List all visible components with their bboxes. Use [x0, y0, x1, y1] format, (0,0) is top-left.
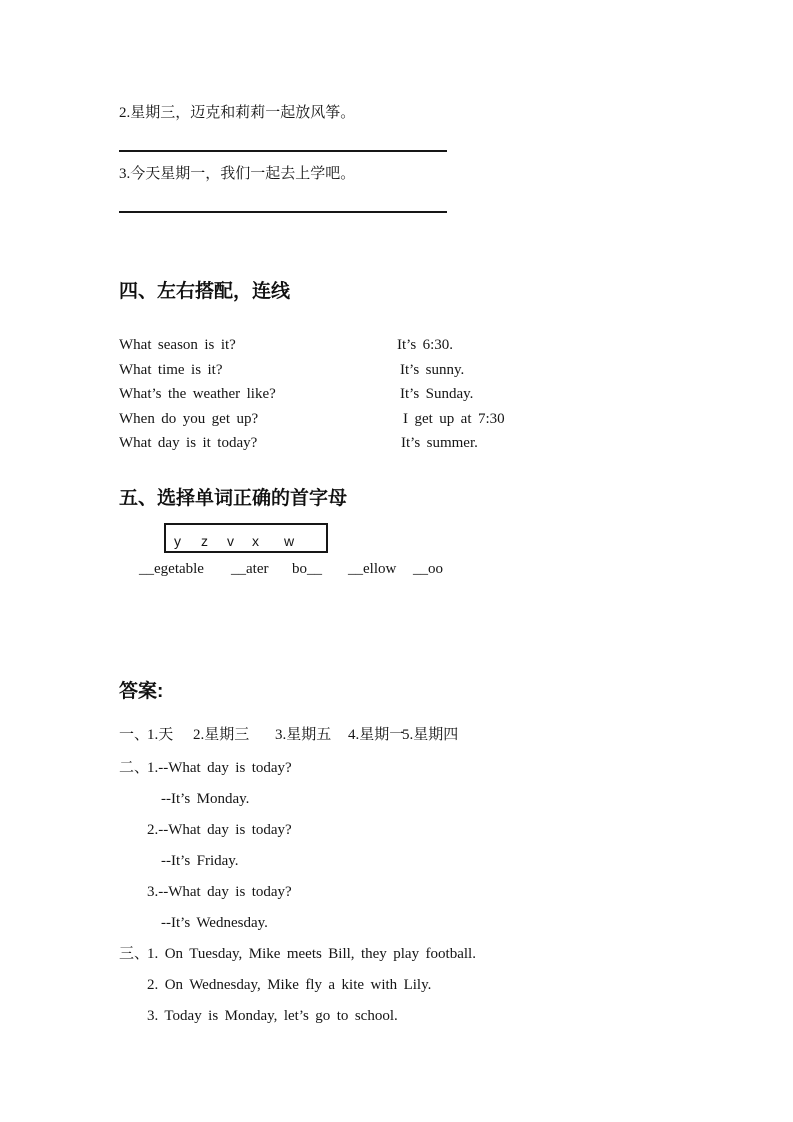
answers-two-line-5: 3.--What day is today? — [147, 883, 292, 901]
letter-option-z: z — [201, 533, 208, 549]
answers-heading: 答案: — [119, 681, 163, 703]
answers-two-line-1: 1.--What day is today? — [147, 759, 292, 777]
matching-answer-3: It’s Sunday. — [400, 385, 473, 403]
translation-sentence-2: 2.星期三，迈克和莉莉一起放风筝。 — [119, 104, 355, 122]
section-four-heading: 四、左右搭配，连线 — [119, 281, 290, 303]
answers-one-prefix: 一、 — [119, 726, 149, 744]
word-blank-box: bo__ — [292, 560, 322, 578]
answers-three-prefix: 三、 — [119, 945, 149, 963]
matching-question-4: When do you get up? — [119, 410, 258, 428]
word-blank-water: __ater — [231, 560, 268, 578]
answers-one-item-2: 2.星期三 — [193, 726, 249, 744]
letter-option-y: y — [174, 533, 181, 549]
answers-two-prefix: 二、 — [119, 759, 149, 777]
translation-sentence-3: 3.今天星期一，我们一起去上学吧。 — [119, 165, 355, 183]
answers-two-line-2: --It’s Monday. — [161, 790, 249, 808]
answers-two-line-4: --It’s Friday. — [161, 852, 239, 870]
section-five-heading: 五、选择单词正确的首字母 — [119, 488, 347, 510]
answers-one-item-3: 3.星期五 — [275, 726, 331, 744]
word-blank-zoo: __oo — [413, 560, 443, 578]
answers-three-line-3: 3. Today is Monday, let’s go to school. — [147, 1007, 398, 1025]
letter-option-w: w — [284, 533, 294, 549]
answers-one-item-5: 5.星期四 — [402, 726, 458, 744]
letter-option-v: v — [227, 533, 234, 549]
answers-two-line-6: --It’s Wednesday. — [161, 914, 268, 932]
answer-blank-line-1 — [119, 150, 447, 152]
worksheet-page: 2.星期三，迈克和莉莉一起放风筝。 3.今天星期一，我们一起去上学吧。 四、左右… — [0, 0, 793, 1122]
matching-question-3: What’s the weather like? — [119, 385, 276, 403]
matching-answer-2: It’s sunny. — [400, 361, 464, 379]
answers-three-line-2: 2. On Wednesday, Mike fly a kite with Li… — [147, 976, 431, 994]
word-blank-vegetable: __egetable — [139, 560, 204, 578]
answer-blank-line-2 — [119, 211, 447, 213]
matching-question-2: What time is it? — [119, 361, 223, 379]
letter-options-box — [164, 523, 328, 553]
word-blank-yellow: __ellow — [348, 560, 396, 578]
letter-option-x: x — [252, 533, 259, 549]
answers-one-item-1: 1.天 — [147, 726, 173, 744]
matching-answer-5: It’s summer. — [401, 434, 478, 452]
answers-one-item-4: 4.星期一 — [348, 726, 404, 744]
matching-answer-1: It’s 6:30. — [397, 336, 453, 354]
answers-two-line-3: 2.--What day is today? — [147, 821, 292, 839]
matching-question-5: What day is it today? — [119, 434, 257, 452]
matching-question-1: What season is it? — [119, 336, 236, 354]
answers-three-line-1: 1. On Tuesday, Mike meets Bill, they pla… — [147, 945, 476, 963]
matching-answer-4: I get up at 7:30 — [403, 410, 505, 428]
